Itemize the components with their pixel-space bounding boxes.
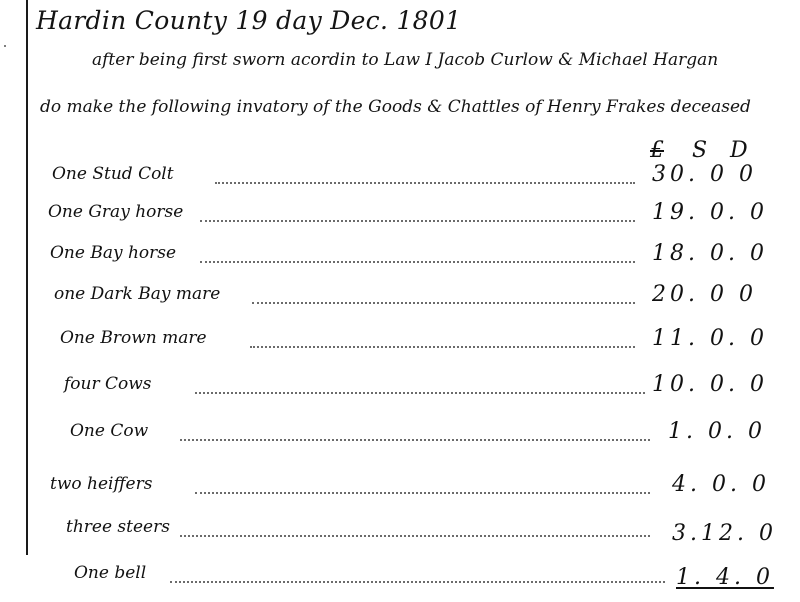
dotted-leader <box>200 257 635 263</box>
inventory-item: one Dark Bay mare <box>54 284 220 304</box>
inventory-value: 3.12. 0 <box>672 521 777 546</box>
inventory-row: One Brown mare 11. 0. 0 <box>0 328 800 358</box>
inventory-item: two heiffers <box>50 474 152 494</box>
inventory-row: two heiffers 4. 0. 0 <box>0 474 800 504</box>
inventory-item: three steers <box>66 517 170 537</box>
inventory-value: 19. 0. 0 <box>652 200 768 225</box>
dotted-leader <box>180 531 650 537</box>
inventory-item: One Gray horse <box>48 202 183 222</box>
document-page: Hardin County 19 day Dec. 1801 after bei… <box>0 0 800 602</box>
inventory-item: One bell <box>74 563 146 583</box>
inventory-value: 30. 0 0 <box>652 162 757 187</box>
dotted-leader <box>250 342 635 348</box>
inventory-row: one Dark Bay mare 20. 0 0 <box>0 284 800 314</box>
inventory-list: One Stud Colt 30. 0 0 One Gray horse 19.… <box>0 0 800 602</box>
inventory-row: four Cows 10. 0. 0 <box>0 374 800 404</box>
inventory-value: 1. 4. 0 <box>676 565 774 590</box>
inventory-value: 20. 0 0 <box>652 282 757 307</box>
inventory-row: One Stud Colt 30. 0 0 <box>0 164 800 194</box>
inventory-value: 4. 0. 0 <box>672 472 770 497</box>
inventory-item: four Cows <box>64 374 152 394</box>
dotted-leader <box>170 577 665 583</box>
inventory-item: One Stud Colt <box>52 164 174 184</box>
inventory-row: One bell 1. 4. 0 <box>0 563 800 593</box>
dotted-leader <box>195 388 645 394</box>
dotted-leader <box>215 178 635 184</box>
inventory-value: 10. 0. 0 <box>652 372 768 397</box>
inventory-value: 11. 0. 0 <box>652 326 768 351</box>
dotted-leader <box>180 435 650 441</box>
inventory-value: 1. 0. 0 <box>668 419 766 444</box>
inventory-value: 18. 0. 0 <box>652 241 768 266</box>
dotted-leader <box>195 488 650 494</box>
inventory-row: One Gray horse 19. 0. 0 <box>0 202 800 232</box>
inventory-row: three steers 3.12. 0 <box>0 517 800 547</box>
inventory-item: One Cow <box>70 421 148 441</box>
inventory-item: One Brown mare <box>60 328 207 348</box>
dotted-leader <box>200 216 635 222</box>
inventory-row: One Cow 1. 0. 0 <box>0 421 800 451</box>
dotted-leader <box>252 298 635 304</box>
inventory-row: One Bay horse 18. 0. 0 <box>0 243 800 273</box>
inventory-item: One Bay horse <box>50 243 176 263</box>
